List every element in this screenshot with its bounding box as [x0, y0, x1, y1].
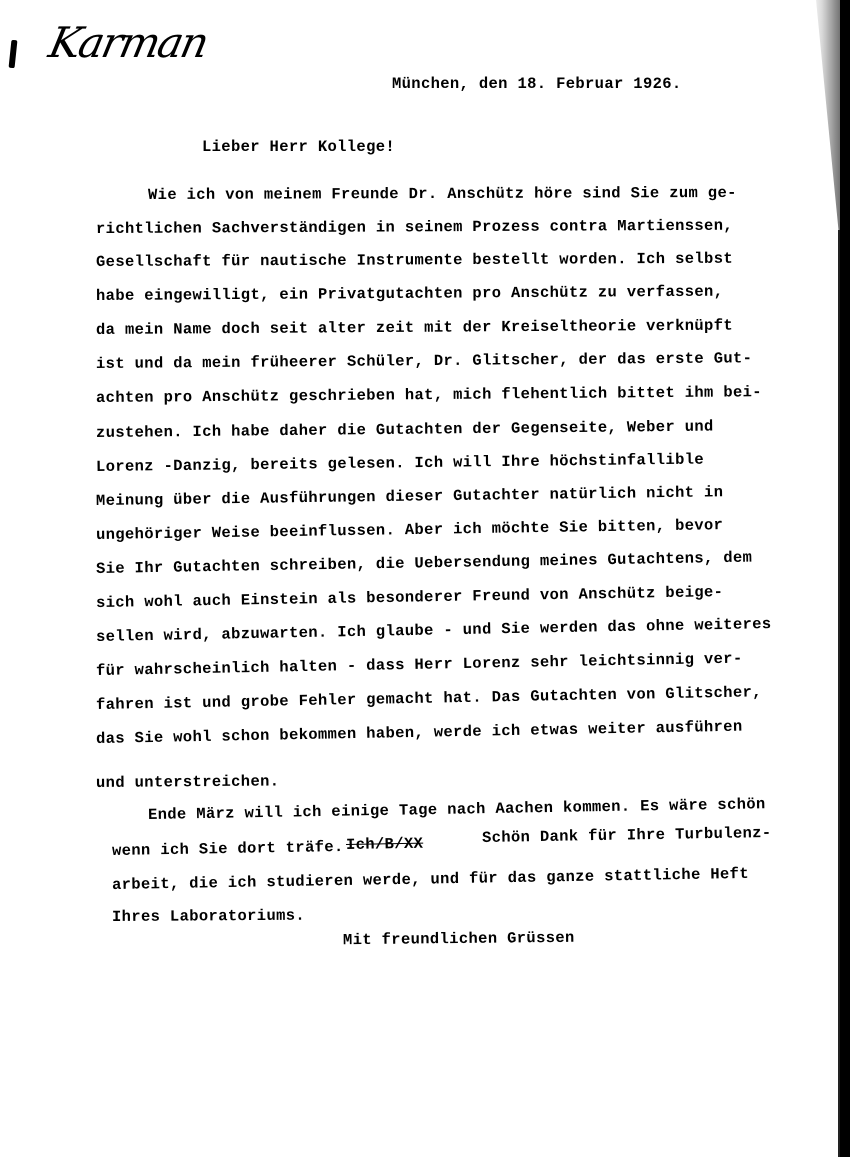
body-line: Wie ich von meinem Freunde Dr. Anschütz … — [148, 184, 737, 204]
body-line: Schön Dank für Ihre Turbulenz- — [482, 824, 772, 847]
body-line: Ihres Laboratoriums. — [112, 907, 305, 926]
body-line: achten pro Anschütz geschrieben hat, mic… — [96, 383, 762, 407]
scan-edge-border — [840, 0, 850, 1157]
body-line: Meinung über die Ausführungen dieser Gut… — [96, 483, 724, 510]
pen-mark — [9, 40, 18, 68]
body-line: ist und da mein früheerer Schüler, Dr. G… — [96, 349, 752, 373]
body-line: und unterstreichen. — [96, 772, 280, 792]
struck-out-text: Ich/B/XX — [346, 835, 424, 854]
handwritten-signature: Karman — [45, 18, 212, 67]
body-line: Gesellschaft für nautische Instrumente b… — [96, 250, 733, 271]
body-line: habe eingewilligt, ein Privatgutachten p… — [96, 283, 723, 305]
body-line: Lorenz -Danzig, bereits gelesen. Ich wil… — [96, 451, 704, 476]
body-line: Sie Ihr Gutachten schreiben, die Ueberse… — [96, 549, 753, 578]
body-line: richtlichen Sachverständigen in seinem P… — [96, 217, 733, 238]
scan-edge-shadow — [810, 0, 840, 230]
body-line: da mein Name doch seit alter zeit mit de… — [96, 317, 733, 339]
place-date: München, den 18. Februar 1926. — [392, 75, 682, 93]
body-line: Ende März will ich einige Tage nach Aach… — [148, 795, 766, 824]
letter-page: Karman München, den 18. Februar 1926. Li… — [0, 0, 850, 1157]
body-line: sellen wird, abzuwarten. Ich glaube - un… — [96, 615, 772, 646]
body-line: ungehöriger Weise beeinflussen. Aber ich… — [96, 516, 724, 544]
body-line: fahren ist und grobe Fehler gemacht hat.… — [96, 683, 762, 714]
salutation: Lieber Herr Kollege! — [202, 138, 395, 156]
body-line: wenn ich Sie dort träfe. — [112, 838, 344, 860]
body-line: arbeit, die ich studieren werde, und für… — [112, 865, 749, 894]
body-line: für wahrscheinlich halten - dass Herr Lo… — [96, 650, 743, 680]
body-line: zustehen. Ich habe daher die Gutachten d… — [96, 418, 714, 442]
closing: Mit freundlichen Grüssen — [343, 929, 575, 949]
body-line: sich wohl auch Einstein als besonderer F… — [96, 583, 724, 612]
body-line: das Sie wohl schon bekommen haben, werde… — [96, 718, 743, 748]
